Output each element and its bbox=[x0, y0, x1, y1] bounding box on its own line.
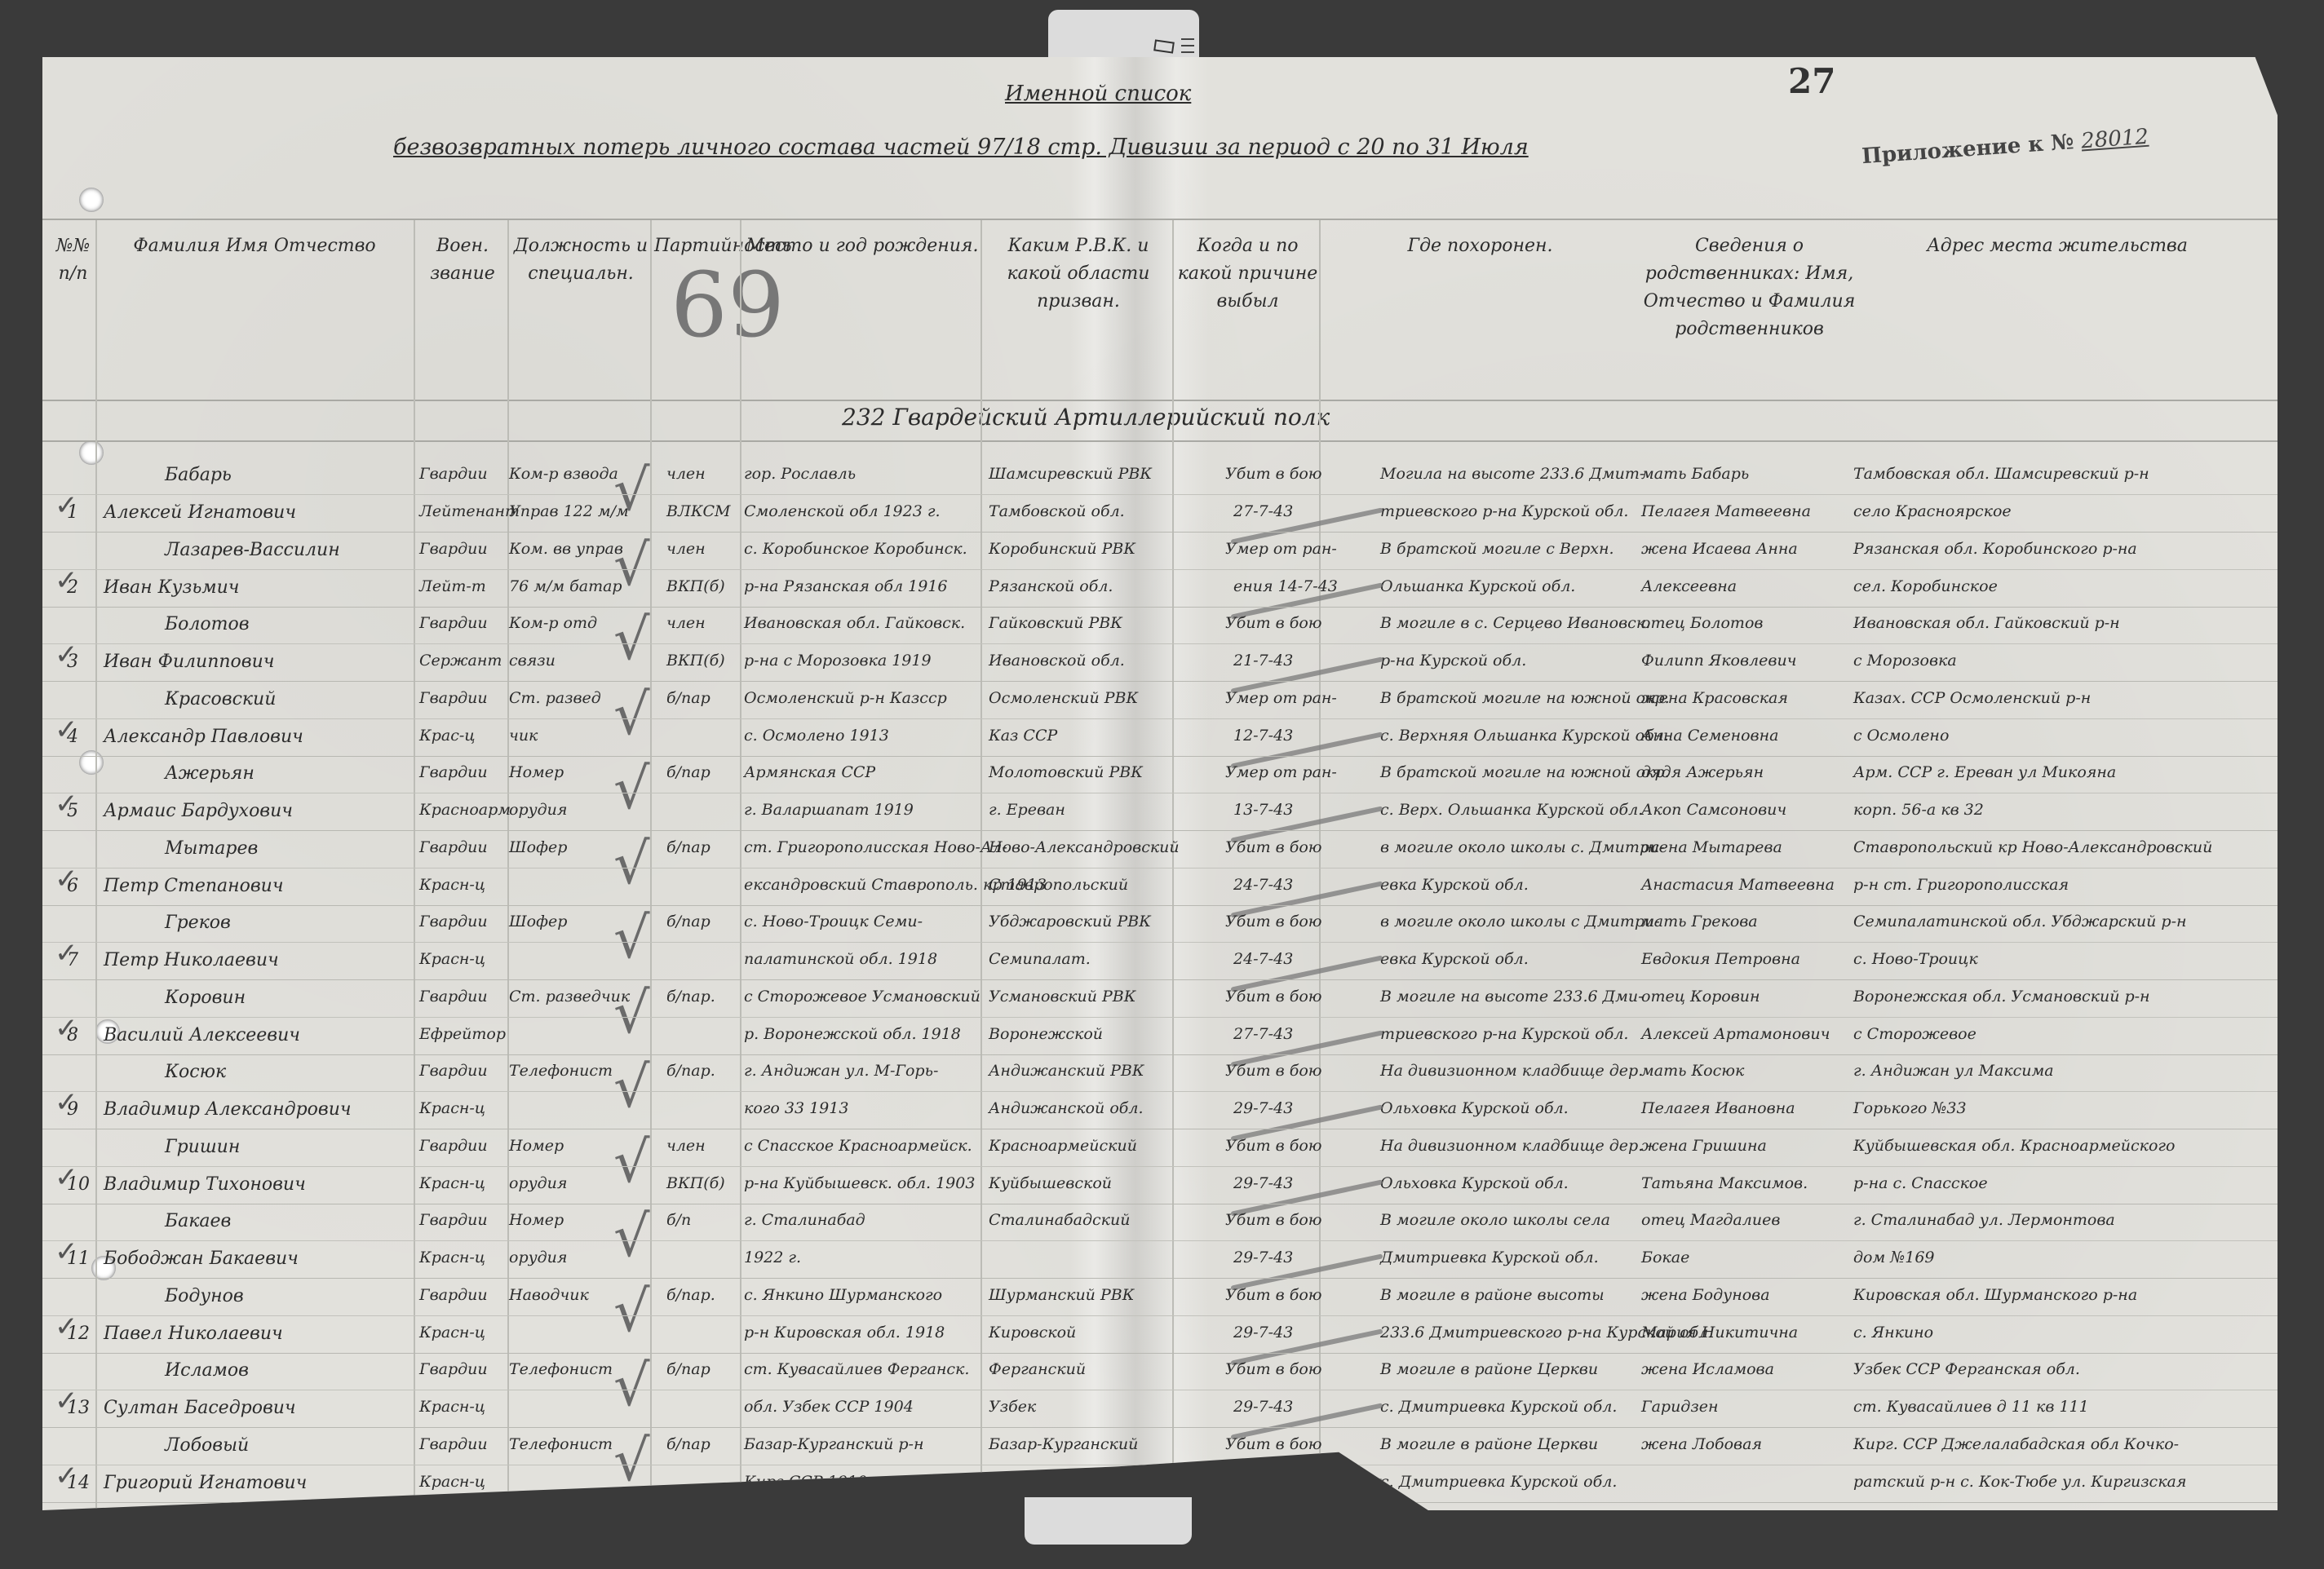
burial-line1: В могиле в районе Церкви bbox=[1380, 1360, 1598, 1378]
birthplace-line1: Армянская ССР bbox=[744, 763, 875, 781]
pencil-stroke bbox=[1230, 1478, 1383, 1514]
relative-line2: Евдокия Петровна bbox=[1641, 950, 1800, 968]
address-line2: дом №169 bbox=[1853, 1249, 1935, 1266]
cause-line1: Убит в бою bbox=[1225, 1211, 1321, 1229]
document-title: Именной список bbox=[1005, 82, 1191, 106]
cause-line1: Убит в бою bbox=[1225, 1360, 1321, 1378]
position-line1: Шофер bbox=[509, 838, 567, 856]
burial-line1: В братской могиле с Верхн. bbox=[1380, 540, 1614, 558]
drafted-line2: Тамбовской обл. bbox=[989, 502, 1125, 520]
check-mark-icon: √ bbox=[613, 1427, 650, 1494]
position-line1: Ст. разведчик bbox=[509, 988, 630, 1005]
given-name-patronymic: Александр Павлович bbox=[104, 727, 303, 747]
party-line2: ВЛКСМ bbox=[666, 502, 731, 520]
address-line1: Рязанская обл. Коробинского р-на bbox=[1853, 540, 2137, 558]
relative-line1: мать Косюк bbox=[1641, 1062, 1744, 1080]
address-line2: с. Янкино bbox=[1853, 1324, 1933, 1341]
column-header-buried: Где похоронен. bbox=[1323, 232, 1637, 260]
party-line1: б/пар bbox=[666, 913, 710, 930]
address-line1: Арм. ССР г. Ереван ул Микояна bbox=[1853, 763, 2116, 781]
given-name-patronymic: Григорий Игнатович bbox=[104, 1473, 307, 1493]
address-line1: Семипалатинской обл. Убджарский р-н bbox=[1853, 913, 2187, 930]
ruled-line bbox=[42, 1129, 2278, 1129]
given-name-patronymic: Султан Баседрович bbox=[104, 1398, 296, 1418]
position-line2: орудия bbox=[509, 801, 567, 819]
stamp-label: Приложение к № bbox=[1861, 130, 2074, 169]
burial-line1: В могиле в районе Церкви bbox=[1380, 1435, 1598, 1453]
surname: Коровин bbox=[165, 988, 246, 1008]
position-line2: связи bbox=[509, 652, 556, 670]
date-of-loss: 27-7-43 bbox=[1233, 1025, 1293, 1043]
position-line1: Номер bbox=[509, 763, 564, 781]
drafted-line2: г. Ереван bbox=[989, 801, 1065, 819]
drafted-line1: Базар-Курганский bbox=[989, 1435, 1138, 1453]
drafted-line1: Коробинский РВК bbox=[989, 540, 1135, 558]
position-line1: Телефонист bbox=[509, 1435, 613, 1453]
address-line2: сел. Коробинское bbox=[1853, 577, 1998, 595]
column-header-relative: Сведения о родственниках: Имя, Отчество … bbox=[1641, 232, 1857, 343]
drafted-line2: Ставропольский bbox=[989, 876, 1128, 894]
birthplace-line1: ст. Григорополисская Ново-Ал- bbox=[744, 838, 1007, 856]
birthplace-line2: с. Осмолено 1913 bbox=[744, 727, 889, 745]
drafted-line2: Каз ССР bbox=[989, 727, 1057, 745]
date-of-loss: 12-7-43 bbox=[1233, 727, 1293, 745]
burial-line2: с. Дмитриевка Курской обл. bbox=[1380, 1473, 1617, 1491]
party-line1: член bbox=[666, 614, 706, 632]
burial-line2: Ольховка Курской обл. bbox=[1380, 1174, 1569, 1192]
cause-line1: Убит в бою bbox=[1225, 1062, 1321, 1080]
ruled-line bbox=[42, 793, 2278, 793]
column-header-address: Адрес места жительства bbox=[1861, 232, 2253, 260]
rank-line2: Крас-ц bbox=[419, 727, 476, 745]
party-line2: ВКП(б) bbox=[666, 1174, 725, 1192]
relative-line1: отец Болотов bbox=[1641, 614, 1763, 632]
address-line1: Казах. ССР Осмоленский р-н bbox=[1853, 689, 2091, 707]
drafted-line1: Андижанский РВК bbox=[989, 1062, 1144, 1080]
column-divider bbox=[981, 220, 982, 1510]
cause-line1: Умер от ран- bbox=[1225, 689, 1337, 707]
check-mark-icon: √ bbox=[613, 979, 650, 1046]
ruled-line bbox=[42, 1054, 2278, 1055]
rank-line2: Красн-ц bbox=[419, 1174, 485, 1192]
ruled-line bbox=[42, 1278, 2278, 1279]
cause-line1: Убит в бою bbox=[1225, 838, 1321, 856]
drafted-line1: Гайковский РВК bbox=[989, 614, 1122, 632]
position-line1: Номер bbox=[509, 1137, 564, 1155]
column-header-rank: Воен. звание bbox=[418, 232, 507, 288]
position-line2: чик bbox=[509, 727, 538, 745]
relative-line2: Филипп Яковлевич bbox=[1641, 652, 1797, 670]
column-divider bbox=[414, 220, 415, 1510]
rank-line2: Красн-ц bbox=[419, 950, 485, 968]
cause-line1: Умер от ран- bbox=[1225, 540, 1337, 558]
birthplace-line1: ст. Кувасайлиев Ферганск. bbox=[744, 1360, 969, 1378]
ruled-line bbox=[42, 569, 2278, 570]
surname: Бодунов bbox=[165, 1286, 244, 1306]
page-number: 27 bbox=[1788, 61, 1835, 101]
date-of-loss: 27-7-43 bbox=[1233, 502, 1293, 520]
date-of-loss: 29-7-43 bbox=[1233, 1174, 1293, 1192]
burial-line2: р-на Курской обл. bbox=[1380, 652, 1526, 670]
large-handwritten-mark: 69 bbox=[671, 253, 785, 357]
relative-line1: мать Бабарь bbox=[1641, 465, 1749, 483]
ruled-line bbox=[42, 1166, 2278, 1167]
burial-line1: На дивизионном кладбище дер. bbox=[1380, 1137, 1643, 1155]
given-name-patronymic: Армаис Бардухович bbox=[104, 801, 293, 821]
rank-line1: Гвардии bbox=[419, 1360, 488, 1378]
attachment-stamp: Приложение к № 28012 bbox=[1861, 125, 2149, 169]
party-line1: б/пар bbox=[666, 1360, 710, 1378]
surname: Греков bbox=[165, 913, 231, 933]
ruled-line bbox=[42, 1390, 2278, 1390]
address-line2: р-на с. Спасское bbox=[1853, 1174, 1988, 1192]
rank-line2: Лейтенант bbox=[419, 502, 520, 520]
position-line1: Ком. вв управ bbox=[509, 540, 623, 558]
regiment-rule bbox=[42, 440, 2278, 442]
surname: Гришин bbox=[165, 1137, 240, 1157]
drafted-line2: Кировской bbox=[989, 1324, 1076, 1341]
given-name-patronymic: Бободжан Бакаевич bbox=[104, 1249, 299, 1269]
given-name-patronymic: Павел Николаевич bbox=[104, 1324, 283, 1344]
ruled-line bbox=[42, 494, 2278, 495]
relative-line1: жена Гришина bbox=[1641, 1137, 1767, 1155]
date-of-loss: 21-7-43 bbox=[1233, 652, 1293, 670]
burial-line2: Ольшанка Курской обл. bbox=[1380, 577, 1575, 595]
birthplace-line1: с Сторожевое Усмановский bbox=[744, 988, 981, 1005]
relative-line1: жена Исламова bbox=[1641, 1360, 1774, 1378]
ruled-line bbox=[42, 1465, 2278, 1465]
regiment-heading: 232 Гвардейский Артиллерийский полк bbox=[842, 404, 1330, 431]
ruled-line bbox=[42, 1240, 2278, 1241]
drafted-line2: Рязанской обл. bbox=[989, 577, 1113, 595]
party-line1: б/пар bbox=[666, 689, 710, 707]
check-mark-icon: √ bbox=[613, 1054, 650, 1120]
date-of-loss: 24-7-43 bbox=[1233, 950, 1293, 968]
column-header-position: Должность и специальн. bbox=[511, 232, 650, 288]
burial-line2: Ольховка Курской обл. bbox=[1380, 1099, 1569, 1117]
punch-hole bbox=[79, 188, 104, 212]
ruled-line bbox=[42, 868, 2278, 868]
address-line1: Узбек ССР Ферганская обл. bbox=[1853, 1360, 2080, 1378]
relative-line1: мать Грекова bbox=[1641, 913, 1758, 930]
address-line2: Горького №33 bbox=[1853, 1099, 1967, 1117]
address-line2: с Морозовка bbox=[1853, 652, 1957, 670]
relative-line2: Татьяна Максимов. bbox=[1641, 1174, 1808, 1192]
surname: Исламов bbox=[165, 1360, 249, 1381]
given-name-patronymic: Владимир Тихонович bbox=[104, 1174, 306, 1195]
given-name-patronymic: Алексей Игнатович bbox=[104, 502, 296, 523]
ruled-line bbox=[42, 607, 2278, 608]
burial-line1: В могиле на высоте 233.6 Дми- bbox=[1380, 988, 1644, 1005]
ruled-line bbox=[42, 1427, 2278, 1428]
birthplace-line2: Кирг ССР 1910 bbox=[744, 1473, 867, 1491]
position-line2: орудия bbox=[509, 1174, 567, 1192]
address-line1: Кировская обл. Шурманского р-на bbox=[1853, 1286, 2137, 1304]
surname: Красовский bbox=[165, 689, 276, 709]
relative-line1: отец Коровин bbox=[1641, 988, 1760, 1005]
cause-line1: Умер от ран- bbox=[1225, 763, 1337, 781]
rank-line2: Красноарм bbox=[419, 801, 511, 819]
scanner-clip-bottom bbox=[1025, 1497, 1192, 1545]
check-mark-icon: √ bbox=[613, 1129, 650, 1196]
relative-line2: Пелагея Матвеевна bbox=[1641, 502, 1811, 520]
burial-line2: триевского р-на Курской обл. bbox=[1380, 502, 1628, 520]
cause-line1: Убит в бою bbox=[1225, 1435, 1321, 1453]
clip-marker bbox=[1153, 39, 1175, 53]
date-of-loss: 29-7-43 bbox=[1233, 1249, 1293, 1266]
document-page: Именной список безвозвратных потерь личн… bbox=[42, 57, 2278, 1510]
birthplace-line2: палатинской обл. 1918 bbox=[744, 950, 937, 968]
cause-line1: Убит в бою bbox=[1225, 465, 1321, 483]
party-line1: б/пар. bbox=[666, 988, 715, 1005]
relative-line2: Алексей Артамонович bbox=[1641, 1025, 1830, 1043]
address-line1: Ставропольский кр Ново-Александровский bbox=[1853, 838, 2212, 856]
birthplace-line1: Базар-Курганский р-н bbox=[744, 1435, 924, 1453]
ruled-line bbox=[42, 1204, 2278, 1204]
address-line1: г. Сталинабад ул. Лермонтова bbox=[1853, 1211, 2115, 1229]
ruled-line bbox=[42, 756, 2278, 757]
burial-line2: с. Верх. Ольшанка Курской обл. bbox=[1380, 801, 1643, 819]
position-line1: Телефонист bbox=[509, 1360, 613, 1378]
relative-line2: Бокае bbox=[1641, 1249, 1689, 1266]
burial-line1: в могиле около школы с Дмитри- bbox=[1380, 913, 1660, 930]
given-name-patronymic: Петр Степанович bbox=[104, 876, 284, 896]
surname: Бакаев bbox=[165, 1211, 231, 1231]
position-line2: 76 м/м батар bbox=[509, 577, 622, 595]
address-line2: корп. 56-а кв 32 bbox=[1853, 801, 1984, 819]
check-mark-icon: √ bbox=[613, 1278, 650, 1345]
relative-line1: жена Лобовая bbox=[1641, 1435, 1762, 1453]
check-mark-icon: √ bbox=[613, 681, 650, 748]
rank-line1: Гвардии bbox=[419, 988, 488, 1005]
drafted-line2: Андижанской обл. bbox=[989, 1099, 1144, 1117]
ruled-line bbox=[42, 532, 2278, 533]
rank-line1: Гвардии bbox=[419, 540, 488, 558]
burial-line1: В могиле около школы села bbox=[1380, 1211, 1610, 1229]
party-line1: член bbox=[666, 540, 706, 558]
address-line2: с Осмолено bbox=[1853, 727, 1949, 745]
relative-line1: дядя Ажерьян bbox=[1641, 763, 1764, 781]
surname: Лобовый bbox=[165, 1435, 249, 1456]
burial-line1: в могиле около школы с. Дмитри- bbox=[1380, 838, 1665, 856]
ruled-line bbox=[42, 681, 2278, 682]
drafted-line2: Семипалат. bbox=[989, 950, 1091, 968]
ruled-line bbox=[42, 1091, 2278, 1092]
birthplace-line1: Ивановская обл. Гайковск. bbox=[744, 614, 965, 632]
party-line2: ВКП(б) bbox=[666, 577, 725, 595]
address-line1: г. Андижан ул Максима bbox=[1853, 1062, 2054, 1080]
relative-line2: Мария Никитична bbox=[1641, 1324, 1798, 1341]
check-mark-icon: √ bbox=[613, 904, 650, 971]
date-of-loss: 13-7-43 bbox=[1233, 801, 1293, 819]
check-mark-icon: √ bbox=[613, 1203, 650, 1270]
cause-line1: Убит в бою bbox=[1225, 1137, 1321, 1155]
rank-line1: Гвардии bbox=[419, 838, 488, 856]
clip-ruler bbox=[1181, 38, 1194, 40]
drafted-line2: Узбек bbox=[989, 1398, 1036, 1416]
birthplace-line2: р-на с Морозовка 1919 bbox=[744, 652, 932, 670]
ruled-line bbox=[42, 1315, 2278, 1316]
party-line1: б/п bbox=[666, 1211, 691, 1229]
ruled-line bbox=[42, 1353, 2278, 1354]
position-line2: Управ 122 м/м bbox=[509, 502, 629, 520]
drafted-line2: Киргиз. bbox=[989, 1473, 1051, 1491]
address-line1: Воронежская обл. Усмановский р-н bbox=[1853, 988, 2150, 1005]
check-mark-icon: √ bbox=[613, 755, 650, 822]
drafted-line1: Убджаровский РВК bbox=[989, 913, 1151, 930]
rank-line1: Гвардии bbox=[419, 913, 488, 930]
given-name-patronymic: Иван Филиппович bbox=[104, 652, 274, 672]
ruled-line bbox=[42, 718, 2278, 719]
rank-line1: Гвардии bbox=[419, 1286, 488, 1304]
column-divider bbox=[650, 220, 652, 1510]
check-mark-icon: √ bbox=[613, 1352, 650, 1419]
rank-line1: Гвардии bbox=[419, 1211, 488, 1229]
surname: Болотов bbox=[165, 614, 250, 634]
drafted-line2: Куйбышевской bbox=[989, 1174, 1112, 1192]
rank-line2: Красн-ц bbox=[419, 1099, 485, 1117]
burial-line2: Дмитриевка Курской обл. bbox=[1380, 1249, 1599, 1266]
rank-line1: Гвардии bbox=[419, 614, 488, 632]
relative-line2: Пелагея Ивановна bbox=[1641, 1099, 1795, 1117]
birthplace-line2: кого 33 1913 bbox=[744, 1099, 848, 1117]
relative-line2: Анастасия Матвеевна bbox=[1641, 876, 1835, 894]
ruled-line bbox=[42, 905, 2278, 906]
header-top-rule bbox=[42, 219, 2278, 220]
cause-line1: Убит в бою bbox=[1225, 614, 1321, 632]
cause-line1: Убит в бою bbox=[1225, 913, 1321, 930]
party-line1: б/пар bbox=[666, 1435, 710, 1453]
check-mark-icon: √ bbox=[613, 606, 650, 673]
given-name-patronymic: Иван Кузьмич bbox=[104, 577, 239, 598]
ruled-line bbox=[42, 942, 2278, 943]
birthplace-line1: с. Коробинское Коробинск. bbox=[744, 540, 967, 558]
drafted-line1: Молотовский РВК bbox=[989, 763, 1143, 781]
position-line1: Ст. развед bbox=[509, 689, 601, 707]
column-header-party: Партийность bbox=[654, 232, 740, 260]
column-header-num: №№ п/п bbox=[51, 232, 95, 288]
punch-hole bbox=[79, 750, 104, 775]
rank-line1: Гвардии bbox=[419, 1137, 488, 1155]
address-line2: ст. Кувасайлиев д 11 кв 111 bbox=[1853, 1398, 2089, 1416]
drafted-line1: Ново-Александровский bbox=[989, 838, 1180, 856]
relative-line1: отец Магдалиев bbox=[1641, 1211, 1780, 1229]
column-divider bbox=[1172, 220, 1174, 1510]
birthplace-line1: Осмоленский р-н Казсср bbox=[744, 689, 947, 707]
address-line2: с Сторожевое bbox=[1853, 1025, 1977, 1043]
address-line1: Ивановская обл. Гайковский р-н bbox=[1853, 614, 2120, 632]
surname: Лазарев-Вассилин bbox=[165, 540, 340, 560]
birthplace-line2: обл. Узбек ССР 1904 bbox=[744, 1398, 914, 1416]
relative-line1: жена Мытарева bbox=[1641, 838, 1782, 856]
position-line1: Шофер bbox=[509, 913, 567, 930]
column-divider bbox=[1319, 220, 1321, 1510]
burial-line2: с. Верхняя Ольшанка Курской обл. bbox=[1380, 727, 1669, 745]
drafted-line1: Шурманский РВК bbox=[989, 1286, 1134, 1304]
birthplace-line1: гор. Рославль bbox=[744, 465, 856, 483]
surname: Мытарев bbox=[165, 838, 258, 859]
given-name-patronymic: Владимир Александрович bbox=[104, 1099, 352, 1120]
column-header-when_cause: Когда и по какой причине выбыл bbox=[1176, 232, 1319, 316]
birthplace-line2: р-на Куйбышевск. обл. 1903 bbox=[744, 1174, 975, 1192]
address-line1: Куйбышевская обл. Красноармейского bbox=[1853, 1137, 2175, 1155]
drafted-line1: Ферганский bbox=[989, 1360, 1086, 1378]
party-line1: член bbox=[666, 465, 706, 483]
ruled-line bbox=[42, 1017, 2278, 1018]
party-line1: б/пар bbox=[666, 838, 710, 856]
position-line2: орудия bbox=[509, 1249, 567, 1266]
party-line1: б/пар bbox=[666, 763, 710, 781]
birthplace-line2: р. Воронежской обл. 1918 bbox=[744, 1025, 961, 1043]
date-of-loss: 29-7-43 bbox=[1233, 1473, 1293, 1491]
date-of-loss: 29-7-43 bbox=[1233, 1099, 1293, 1117]
position-line1: Наводчик bbox=[509, 1286, 589, 1304]
column-header-drafted: Каким Р.В.К. и какой области призван. bbox=[985, 232, 1172, 316]
column-header-name: Фамилия Имя Отчество bbox=[100, 232, 409, 260]
ruled-line bbox=[42, 643, 2278, 644]
stamp-number: 28012 bbox=[2080, 125, 2149, 154]
drafted-line1: Сталинабадский bbox=[989, 1211, 1131, 1229]
rank-line2: Сержант bbox=[419, 652, 502, 670]
address-line1: Кирг. ССР Джелалабадская обл Кочко- bbox=[1853, 1435, 2179, 1453]
birthplace-line2: р-на Рязанская обл 1916 bbox=[744, 577, 948, 595]
address-line2: с. Ново-Троицк bbox=[1853, 950, 1978, 968]
cause-line1: Убит в бою bbox=[1225, 1286, 1321, 1304]
rank-line2: Красн-ц bbox=[419, 876, 485, 894]
birthplace-line1: с Спасское Красноармейск. bbox=[744, 1137, 972, 1155]
rank-line1: Гвардии bbox=[419, 689, 488, 707]
check-mark-icon: √ bbox=[613, 457, 650, 524]
address-line2: село Красноярское bbox=[1853, 502, 2012, 520]
date-of-loss: 29-7-43 bbox=[1233, 1398, 1293, 1416]
column-divider bbox=[95, 220, 97, 1510]
drafted-line2: Воронежской bbox=[989, 1025, 1103, 1043]
rank-line2: Красн-ц bbox=[419, 1324, 485, 1341]
column-header-birth: Место и год рождения. bbox=[744, 232, 981, 260]
rank-line2: Ефрейтор bbox=[419, 1025, 506, 1043]
rank-line2: Красн-ц bbox=[419, 1249, 485, 1266]
birthplace-line1: г. Андижан ул. М-Горь- bbox=[744, 1062, 938, 1080]
relative-line2: Гаридзен bbox=[1641, 1398, 1718, 1416]
rank-line1: Гвардии bbox=[419, 1062, 488, 1080]
address-line1: Тамбовская обл. Шамсиревский р-н bbox=[1853, 465, 2149, 483]
party-line1: б/пар. bbox=[666, 1286, 715, 1304]
position-line1: Ком-р отд bbox=[509, 614, 597, 632]
date-of-loss: ения 14-7-43 bbox=[1233, 577, 1338, 595]
burial-line1: В братской могиле на южной окр. bbox=[1380, 763, 1670, 781]
date-of-loss: 24-7-43 bbox=[1233, 876, 1293, 894]
scanner-clip-top bbox=[1048, 10, 1199, 60]
birthplace-line2: г. Валаршапат 1919 bbox=[744, 801, 914, 819]
position-line1: Номер bbox=[509, 1211, 564, 1229]
burial-line2: евка Курской обл. bbox=[1380, 876, 1529, 894]
rank-line1: Гвардии bbox=[419, 1435, 488, 1453]
given-name-patronymic: Василий Алексеевич bbox=[104, 1025, 300, 1045]
relative-line2: Алексеевна bbox=[1641, 577, 1737, 595]
ruled-line bbox=[42, 979, 2278, 980]
given-name-patronymic: Петр Николаевич bbox=[104, 950, 279, 970]
rank-line2: Лейт-т bbox=[419, 577, 486, 595]
relative-line1: жена Бодунова bbox=[1641, 1286, 1770, 1304]
check-mark-icon: √ bbox=[613, 532, 650, 599]
date-of-loss: 29-7-43 bbox=[1233, 1324, 1293, 1341]
burial-line2: триевского р-на Курской обл. bbox=[1380, 1025, 1628, 1043]
document-subtitle: безвозвратных потерь личного состава час… bbox=[393, 135, 1529, 160]
drafted-line2: Ивановской обл. bbox=[989, 652, 1125, 670]
drafted-line1: Красноармейский bbox=[989, 1137, 1137, 1155]
address-line2: р-н ст. Григорополисская bbox=[1853, 876, 2069, 894]
party-line1: б/пар. bbox=[666, 1062, 715, 1080]
